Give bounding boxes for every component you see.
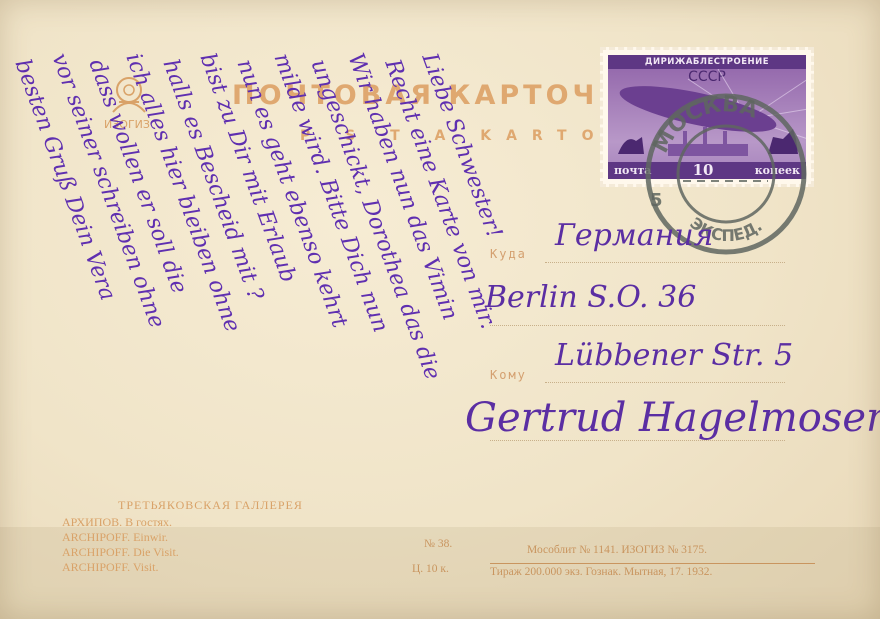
address-line (545, 262, 785, 263)
artwork-caption: ARCHIPOFF. Einwir. (62, 530, 168, 545)
card-price: Ц. 10 к. (412, 563, 449, 575)
artwork-caption: ARCHIPOFF. Die Visit. (62, 545, 179, 560)
gallery-title: ТРЕТЬЯКОВСКАЯ ГАЛЛЕРЕЯ (118, 498, 303, 513)
svg-text:5: 5 (650, 190, 663, 211)
print-info-line-2: Тираж 200.000 экз. Гознак. Мытная, 17. 1… (490, 566, 712, 578)
stamp-top-text: ДИРИЖАБЛЕСТРОЕНИЕ (608, 55, 806, 69)
artwork-caption: ARCHIPOFF. Visit. (62, 560, 158, 575)
print-info-divider (490, 563, 815, 564)
postcard: ИЗОГИЗ ПОЧТОВАЯ КАРТОЧ P S T A KARTO Куд… (0, 0, 880, 619)
card-number: № 38. (424, 538, 452, 550)
address-line (490, 325, 785, 326)
address-street: Lübbener Str. 5 (555, 338, 793, 373)
artwork-caption: АРХИПОВ. В гостях. (62, 515, 172, 530)
address-country: Германия (555, 218, 714, 253)
address-line (545, 382, 785, 383)
address-city: Berlin S.O. 36 (485, 280, 696, 315)
print-info-line-1: Мособлит № 1141. ИЗОГИЗ № 3175. (527, 544, 707, 556)
address-recipient: Gertrud Hagelmoser (465, 395, 880, 441)
